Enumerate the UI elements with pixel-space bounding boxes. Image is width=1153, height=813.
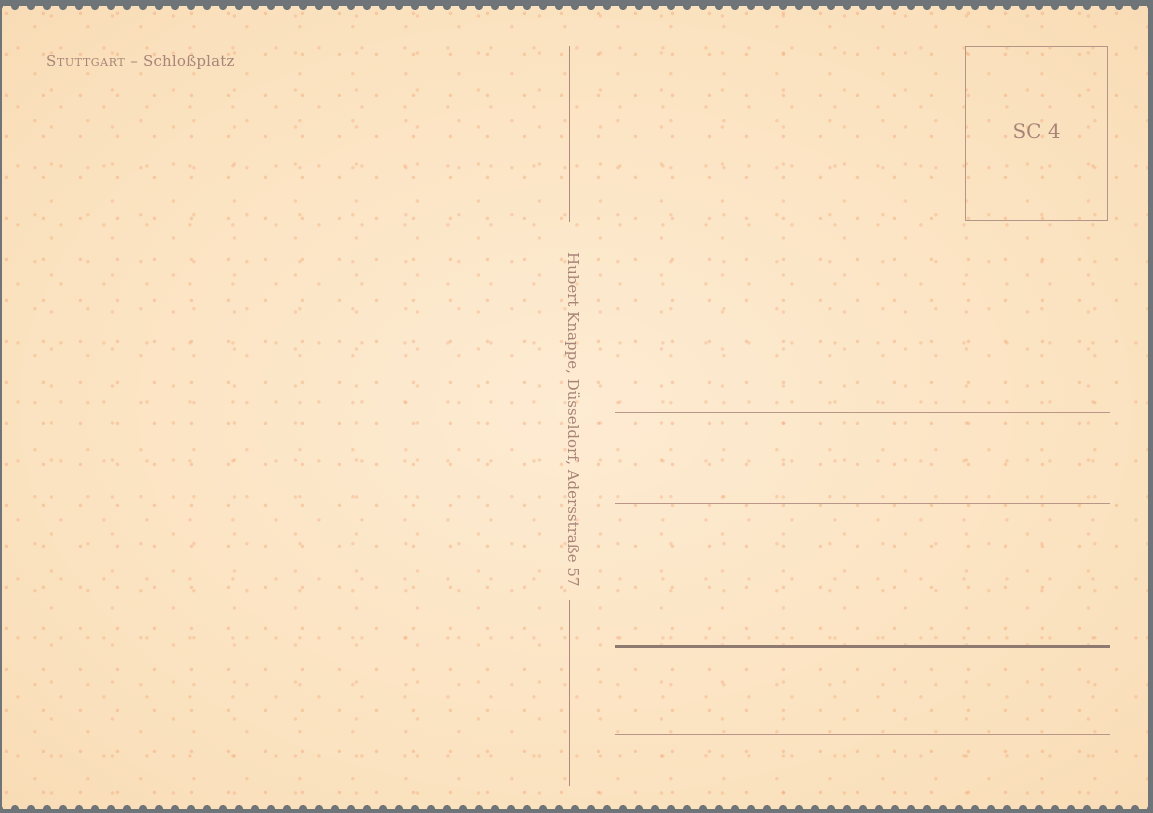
address-line-1 [615,412,1110,413]
stamp-box: SC 4 [965,46,1108,221]
caption-place: Schloßplatz [143,52,235,70]
address-line-2 [615,503,1110,504]
address-line-4 [615,734,1110,735]
address-line-3 [615,645,1110,648]
postcard-back: Stuttgart – Schloßplatz Hubert Knappe, D… [2,6,1148,809]
publisher-imprint: Hubert Knappe, Düsseldorf, Adersstraße 5… [558,252,582,582]
stamp-code: SC 4 [966,119,1107,143]
caption-city: Stuttgart [46,52,125,70]
picture-caption: Stuttgart – Schloßplatz [46,52,235,70]
caption-separator: – [125,52,143,70]
